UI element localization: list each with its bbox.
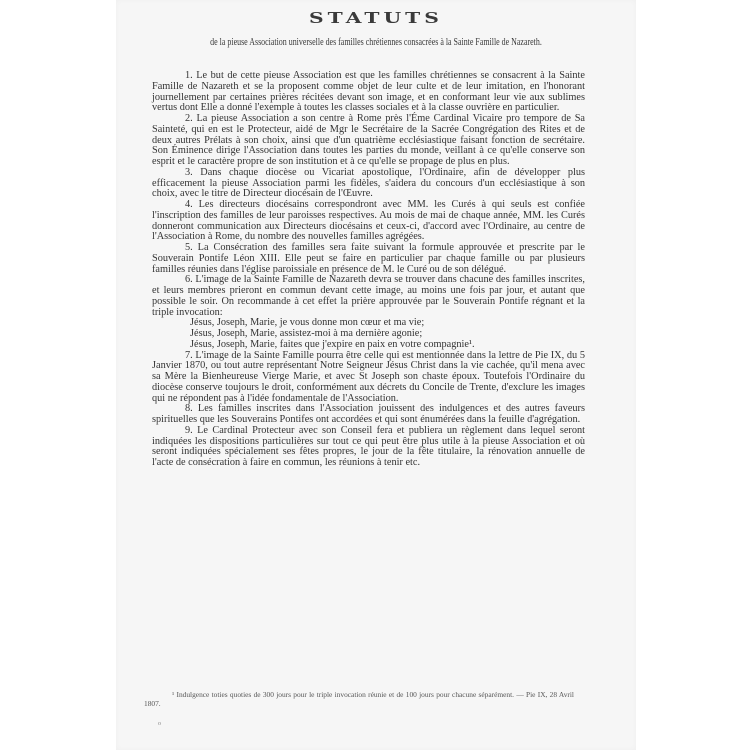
document-page: STATUTS de la pieuse Association univers… (116, 0, 636, 750)
article-3: 3. Dans chaque diocèse ou Vicariat apost… (152, 168, 585, 200)
footnote: ¹ Indulgence toties quoties de 300 jours… (144, 690, 574, 708)
document-title: STATUTS (25, 9, 727, 27)
article-8: 8. Les familles inscrites dans l'Associa… (152, 404, 585, 426)
article-7: 7. L'image de la Sainte Famille pourra ê… (152, 351, 585, 405)
invocation-line-3: Jésus, Joseph, Marie, faites que j'expir… (152, 340, 585, 351)
article-2: 2. La pieuse Association a son centre à … (152, 114, 585, 168)
article-4: 4. Les directeurs diocésains correspondr… (152, 200, 585, 243)
article-6: 6. L'image de la Sainte Famille de Nazar… (152, 275, 585, 318)
page-mark: o (158, 721, 161, 727)
article-5: 5. La Consécration des familles sera fai… (152, 243, 585, 275)
footnote-text: ¹ Indulgence toties quoties de 300 jours… (144, 690, 574, 708)
document-subtitle: de la pieuse Association universelle des… (173, 37, 579, 48)
document-body: 1. Le but de cette pieuse Association es… (152, 71, 585, 469)
article-9: 9. Le Cardinal Protecteur avec son Conse… (152, 426, 585, 469)
article-1: 1. Le but de cette pieuse Association es… (152, 71, 585, 114)
